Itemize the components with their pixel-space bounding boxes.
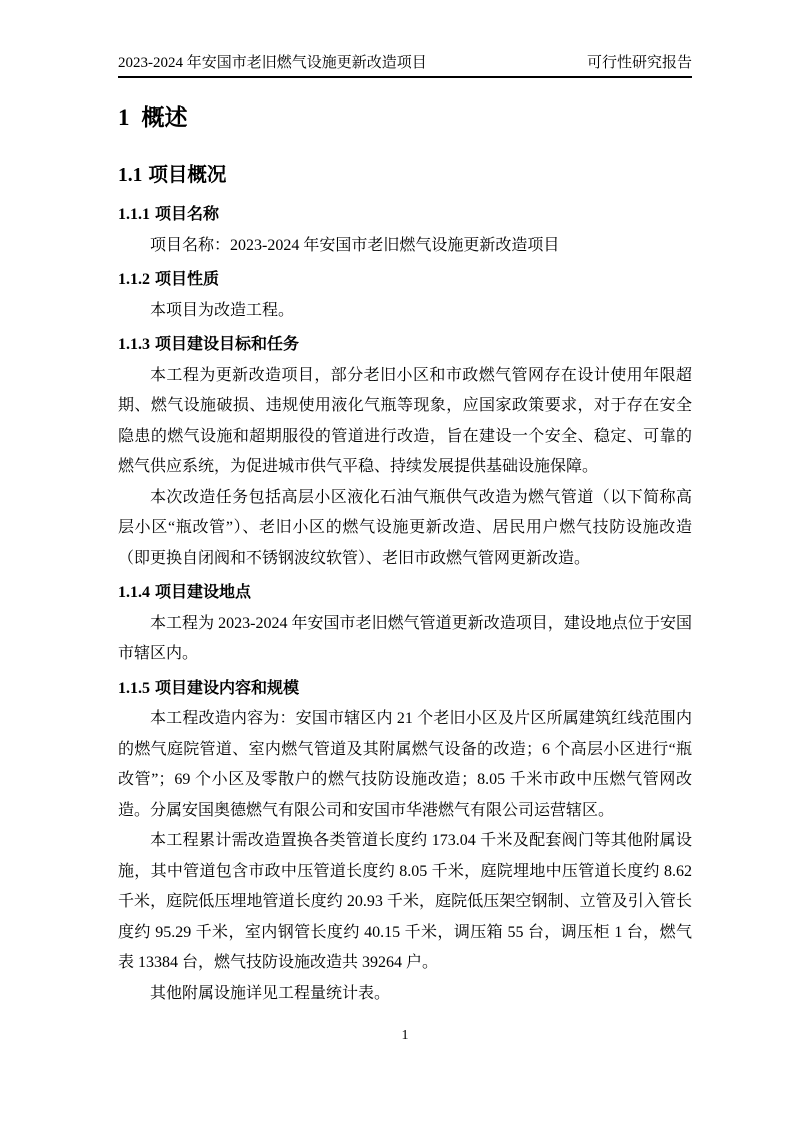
paragraph: 本工程为 2023-2024 年安国市老旧燃气管道更新改造项目，建设地点位于安国… [118,609,692,670]
section-heading: 1.1项目概况 [118,163,692,188]
subsection-number: 1.1.2 [118,271,150,288]
subsection-number: 1.1.1 [118,206,150,223]
paragraph: 本工程累计需改造置换各类管道长度约 173.04 千米及配套阀门等其他附属设施，… [118,826,692,979]
subsection-number: 1.1.5 [118,680,150,697]
document-page: { "header": { "project_title": "2023-202… [0,0,793,1122]
paragraph: 本项目为改造工程。 [118,296,692,327]
subsection-project-nature: 1.1.2项目性质 本项目为改造工程。 [118,265,692,326]
section-number: 1.1 [118,165,142,186]
paragraph: 本工程改造内容为：安国市辖区内 21 个老旧小区及片区所属建筑红线范围内的燃气庭… [118,704,692,826]
page-header: 2023-2024 年安国市老旧燃气设施更新改造项目 可行性研究报告 [118,53,692,78]
paragraph: 本次改造任务包括高层小区液化石油气瓶供气改造为燃气管道（以下简称高层小区“瓶改管… [118,483,692,575]
header-project-title: 2023-2024 年安国市老旧燃气设施更新改造项目 [118,53,427,73]
subsection-heading: 1.1.2项目性质 [118,265,692,296]
page-footer: 1 [118,1026,692,1046]
subsection-content-scale: 1.1.5项目建设内容和规模 本工程改造内容为：安国市辖区内 21 个老旧小区及… [118,674,692,1010]
subsection-heading: 1.1.1项目名称 [118,200,692,231]
subsection-title: 项目建设内容和规模 [155,680,299,697]
subsection-heading: 1.1.3项目建设目标和任务 [118,330,692,361]
chapter-number: 1 [118,105,130,130]
subsection-number: 1.1.3 [118,336,150,353]
subsection-number: 1.1.4 [118,584,150,601]
section-title: 项目概况 [148,164,226,186]
subsection-goals-tasks: 1.1.3项目建设目标和任务 本工程为更新改造项目，部分老旧小区和市政燃气管网存… [118,330,692,574]
subsection-title: 项目建设目标和任务 [155,336,299,353]
chapter-title: 概述 [142,104,188,130]
header-doc-type: 可行性研究报告 [587,53,692,73]
subsection-title: 项目性质 [155,271,219,288]
paragraph: 其他附属设施详见工程量统计表。 [118,979,692,1010]
paragraph: 本工程为更新改造项目，部分老旧小区和市政燃气管网存在设计使用年限超期、燃气设施破… [118,361,692,483]
subsection-location: 1.1.4项目建设地点 本工程为 2023-2024 年安国市老旧燃气管道更新改… [118,578,692,670]
subsection-project-name: 1.1.1项目名称 项目名称：2023-2024 年安国市老旧燃气设施更新改造项… [118,200,692,261]
document-body: 1概述 1.1项目概况 1.1.1项目名称 项目名称：2023-2024 年安国… [118,78,692,1009]
subsection-heading: 1.1.4项目建设地点 [118,578,692,609]
chapter-heading: 1概述 [118,104,692,131]
subsection-title: 项目建设地点 [155,584,251,601]
paragraph: 项目名称：2023-2024 年安国市老旧燃气设施更新改造项目 [118,231,692,262]
subsection-title: 项目名称 [155,206,219,223]
page-number: 1 [402,1028,409,1043]
subsection-heading: 1.1.5项目建设内容和规模 [118,674,692,705]
